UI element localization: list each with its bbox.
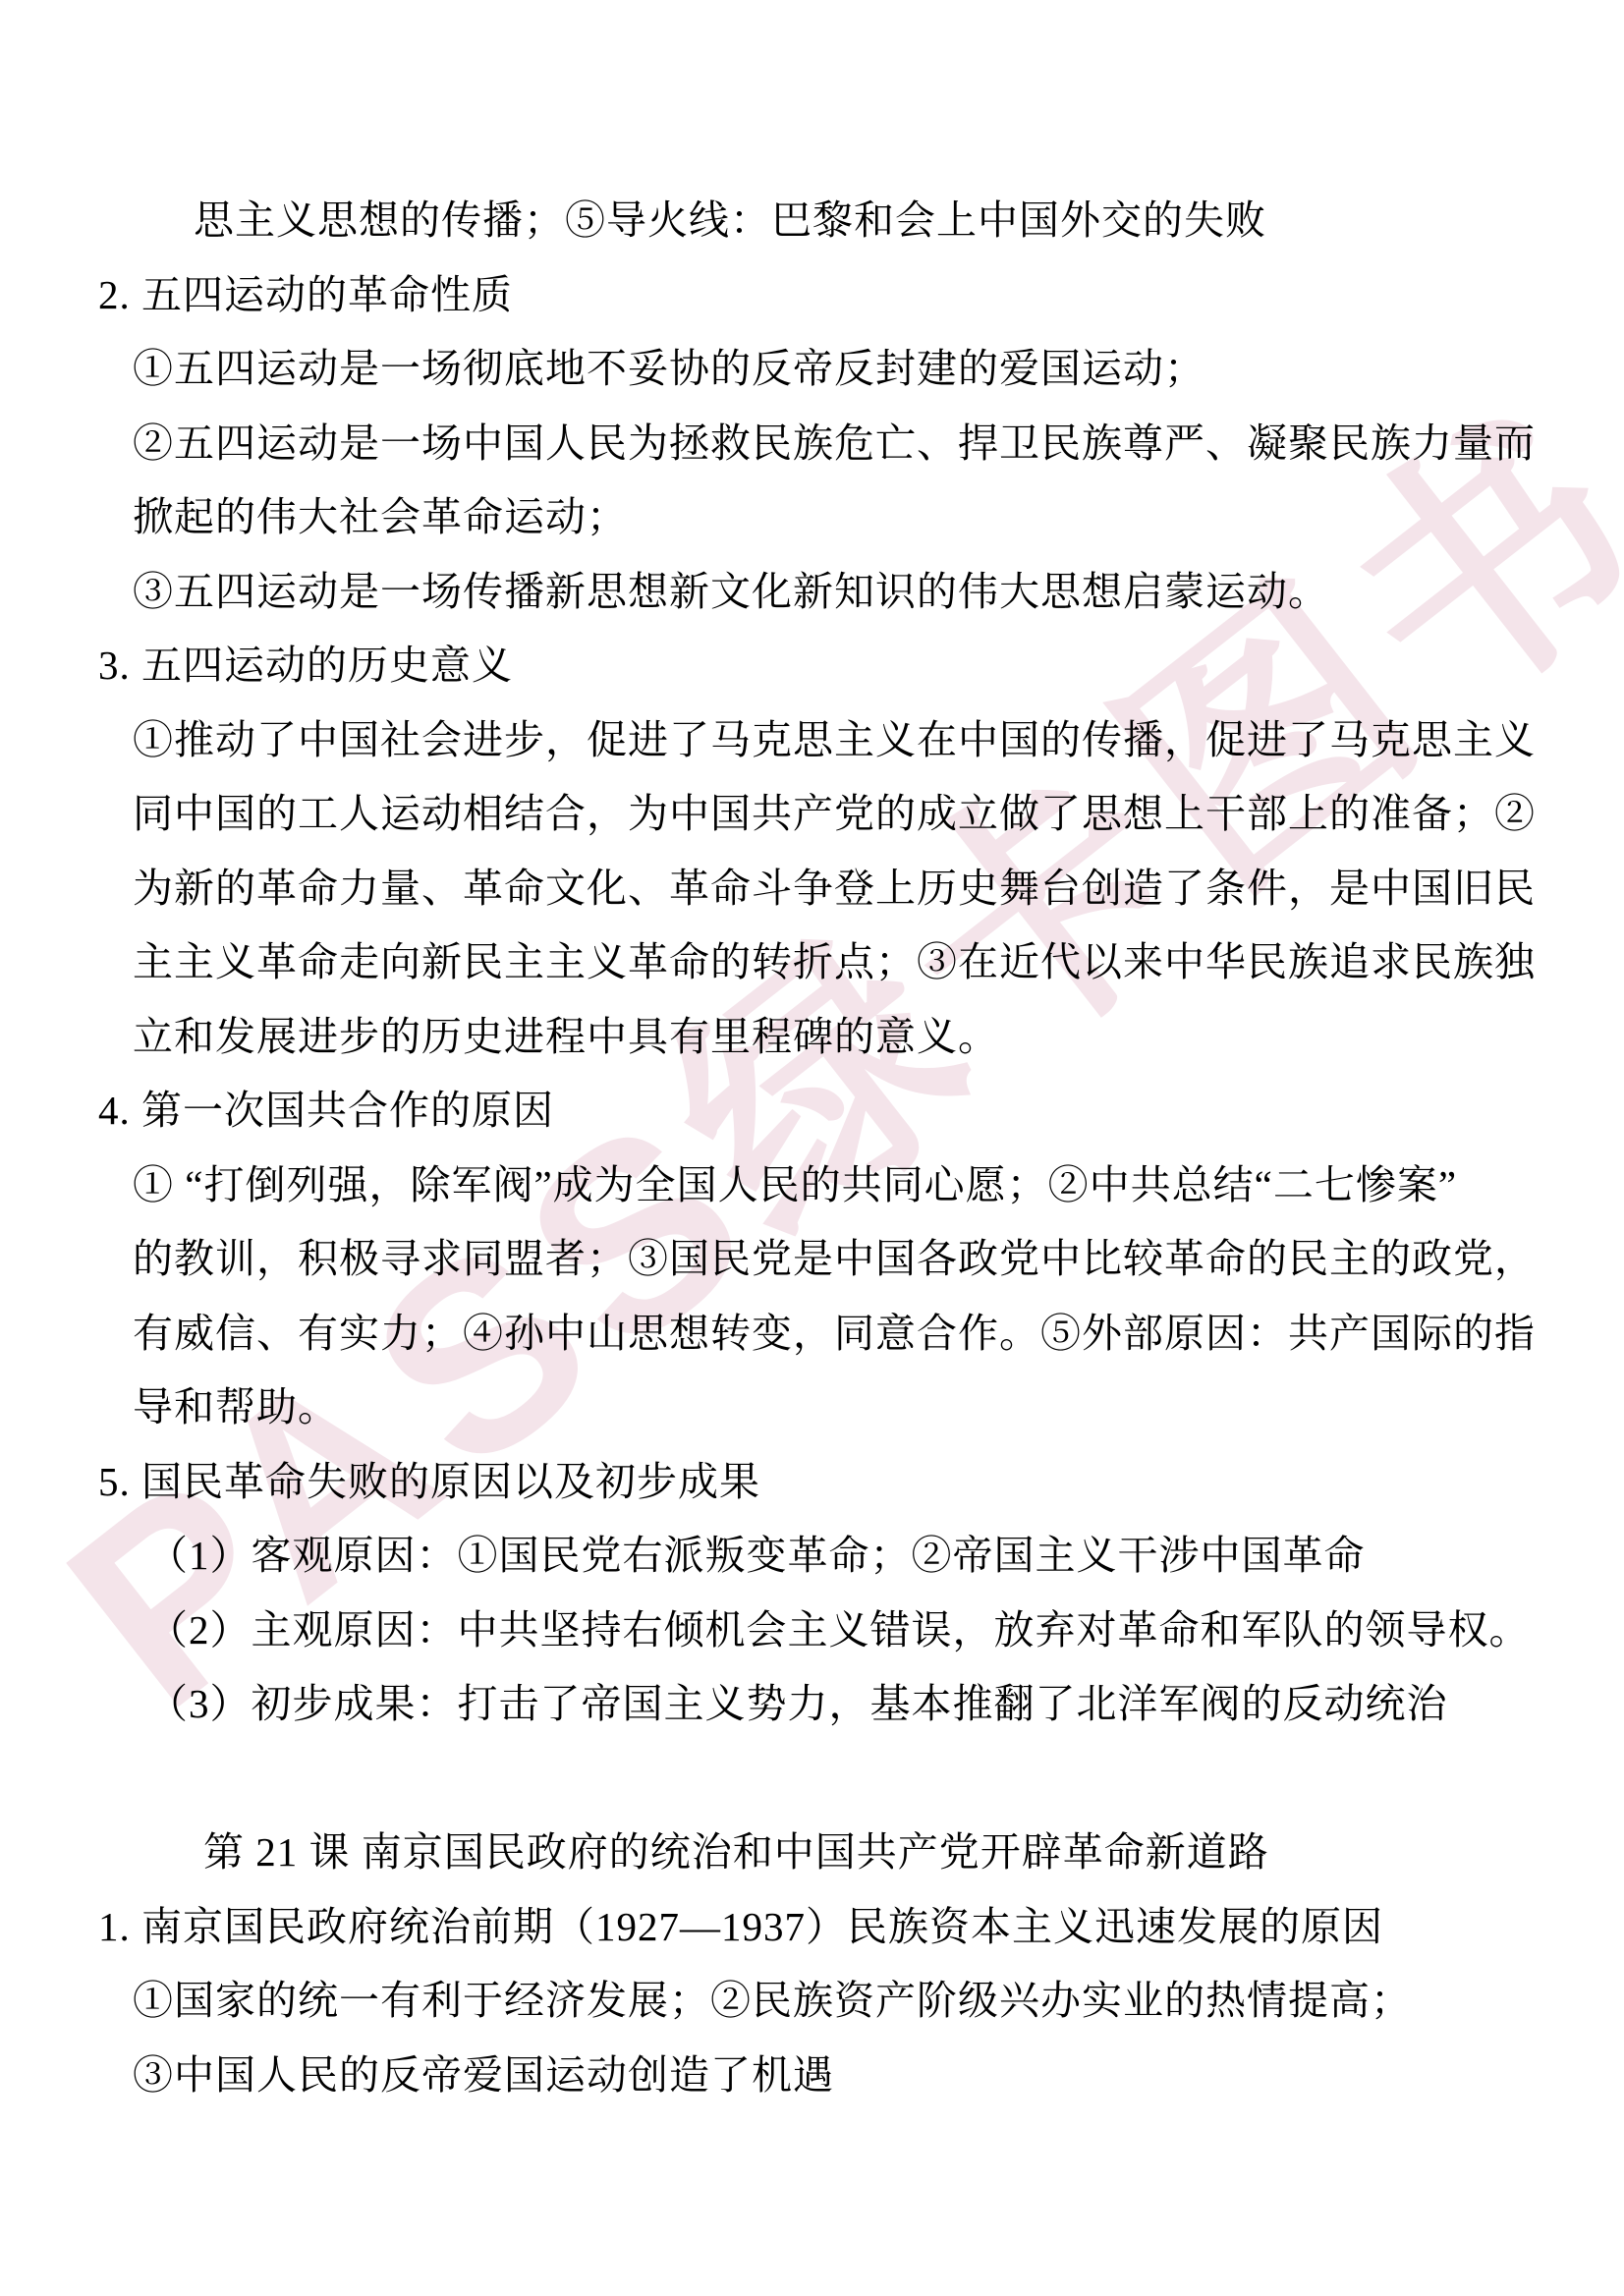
doc-line-paren-1: （1）客观原因：①国民党右派叛变革命；②帝国主义干涉中国革命 <box>147 1519 1624 1594</box>
doc-line-sub-1b-cont4: 立和发展进步的历史进程中具有里程碑的意义。 <box>133 1000 1624 1075</box>
doc-line-sub-1c-cont2: 有威信、有实力；④孙中山思想转变，同意合作。⑤外部原因：共产国际的指 <box>133 1297 1624 1372</box>
doc-line-paren-3: （3）初步成果：打击了帝国主义势力，基本推翻了北洋军阀的反动统治 <box>147 1667 1624 1742</box>
doc-line-paren-2: （2）主观原因：中共坚持右倾机会主义错误，放弃对革命和军队的领导权。 <box>147 1594 1624 1668</box>
doc-line-sub-1b-cont2: 为新的革命力量、革命文化、革命斗争登上历史舞台创造了条件，是中国旧民 <box>133 852 1624 926</box>
doc-line-item-5: 5. 国民革命失败的原因以及初步成果 <box>98 1445 1624 1520</box>
doc-line-item-3: 3. 五四运动的历史意义 <box>98 629 1624 703</box>
doc-line-sub-1: ①五四运动是一场彻底地不妥协的反帝反封建的爱国运动； <box>133 332 1624 407</box>
doc-line-sub-1b: ①推动了中国社会进步，促进了马克思主义在中国的传播，促进了马克思主义 <box>133 703 1624 778</box>
doc-line-sub-3b: ③中国人民的反帝爱国运动创造了机遇 <box>133 2039 1624 2113</box>
doc-line-sub-1c: ① “打倒列强，除军阀”成为全国人民的共同心愿；②中共总结“二七惨案” <box>133 1148 1624 1223</box>
doc-line-sub-1b-cont1: 同中国的工人运动相结合，为中国共产党的成立做了思想上干部上的准备；② <box>133 777 1624 852</box>
doc-line-sub-1b-cont3: 主主义革命走向新民主主义革命的转折点；③在近代以来中华民族追求民族独 <box>133 925 1624 1000</box>
doc-line-item-2: 2. 五四运动的革命性质 <box>98 258 1624 333</box>
doc-line-sub-2-cont: 掀起的伟大社会革命运动； <box>133 480 1624 555</box>
doc-line-continuation: 思主义思想的传播；⑤导火线：巴黎和会上中国外交的失败 <box>194 184 1624 258</box>
doc-line-sub-1c-cont1: 的教训，积极寻求同盟者；③国民党是中国各政党中比较革命的民主的政党， <box>133 1222 1624 1297</box>
doc-line-item-4: 4. 第一次国共合作的原因 <box>98 1074 1624 1148</box>
doc-line-blank <box>0 1742 1624 1817</box>
lesson-21-heading: 第 21 课 南京国民政府的统治和中国共产党开辟革命新道路 <box>203 1816 1624 1890</box>
doc-line-sub-3: ③五四运动是一场传播新思想新文化新知识的伟大思想启蒙运动。 <box>133 555 1624 630</box>
doc-line-sub-1d: ①国家的统一有利于经济发展；②民族资产阶级兴办实业的热情提高； <box>133 1964 1624 2039</box>
doc-line-sub-2: ②五四运动是一场中国人民为拯救民族危亡、捍卫民族尊严、凝聚民族力量而 <box>133 407 1624 481</box>
doc-line-sub-1c-cont3: 导和帮助。 <box>133 1371 1624 1445</box>
document-page: 思主义思想的传播；⑤导火线：巴黎和会上中国外交的失败 2. 五四运动的革命性质 … <box>0 0 1624 2112</box>
doc-line-item-1b: 1. 南京国民政府统治前期（1927—1937）民族资本主义迅速发展的原因 <box>98 1890 1624 1965</box>
